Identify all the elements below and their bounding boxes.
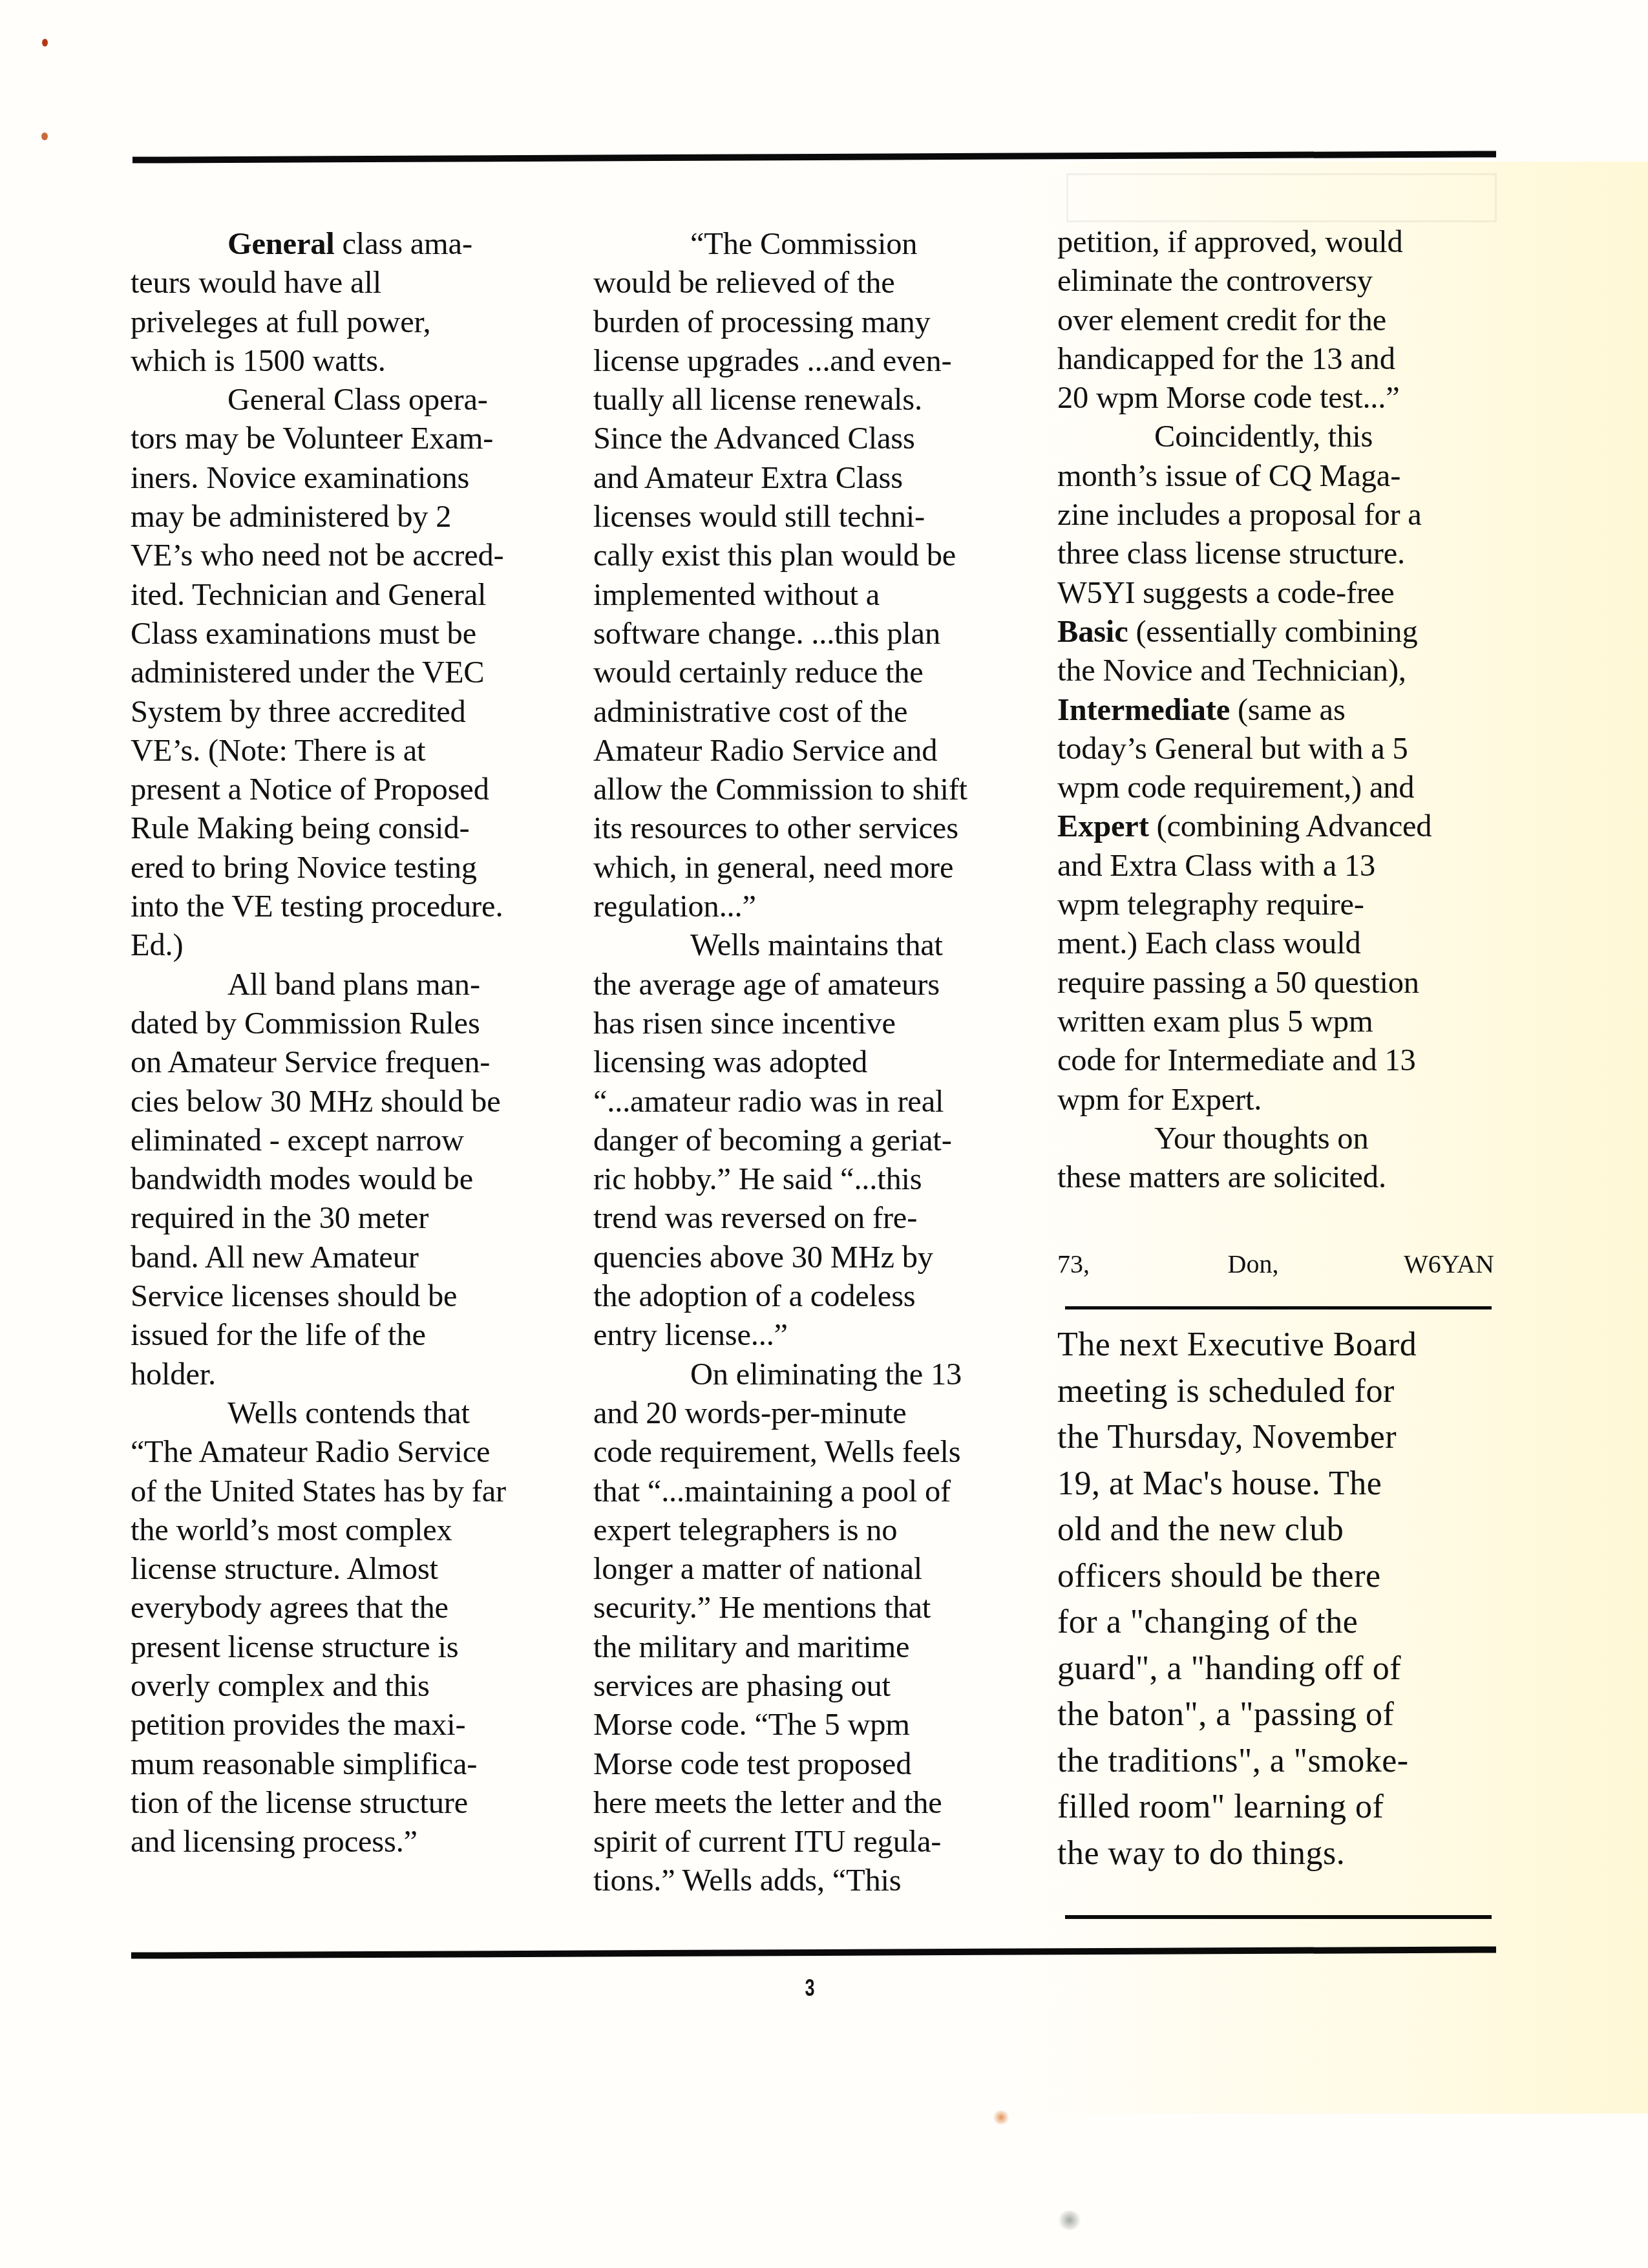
text-run: eliminate the controversy [1057,264,1373,298]
text-run: VE’s who need not be accred- [131,538,504,573]
text-line: “...amateur radio was in real [593,1083,1046,1121]
text-line: eliminate the controversy [1057,262,1503,301]
paragraph: All band plans man-dated by Commission R… [131,966,576,1394]
text-line: the military and maritime [593,1628,1046,1667]
text-run: All band plans man- [227,968,480,1002]
text-run: Wells maintains that [690,928,943,962]
text-line: VE’s who need not be accred- [131,536,576,575]
page-number: 3 [805,1975,815,2002]
text-line: Morse code test proposed [593,1745,1046,1784]
text-line: these matters are solicited. [1057,1158,1503,1197]
text-line: present a Notice of Proposed [131,770,576,809]
text-run: petition, if approved, would [1057,225,1403,259]
paragraph: Wells maintains thatthe average age of a… [593,926,1046,1355]
text-line: burden of processing many [593,303,1046,342]
text-line: zine includes a proposal for a [1057,496,1503,535]
text-line: code requirement, Wells feels [593,1433,1046,1472]
text-line: Morse code. “The 5 wpm [593,1706,1046,1744]
text-line: Coincidently, this [1057,418,1503,456]
signature-closing: 73, [1057,1249,1090,1279]
text-run: On eliminating the 13 [690,1357,962,1392]
text-line: issued for the life of the [131,1316,576,1355]
text-run: the adoption of a codeless [593,1279,916,1313]
text-line: petition provides the maxi- [131,1706,576,1744]
text-run: “The Amateur Radio Service [131,1435,490,1469]
text-line: priveleges at full power, [131,303,576,342]
note-line: filled room" learning of [1057,1784,1510,1830]
text-run: Rule Making being consid- [131,811,469,845]
text-line: would certainly reduce the [593,653,1046,692]
text-run: would be relieved of the [593,266,895,300]
text-run: Since the Advanced Class [593,421,915,456]
text-line: quencies above 30 MHz by [593,1238,1046,1277]
text-line: which, in general, need more [593,849,1046,887]
text-line: tions.” Wells adds, “This [593,1861,1046,1900]
text-run: and 20 words-per-minute [593,1396,907,1430]
text-line: and 20 words-per-minute [593,1394,1046,1433]
text-line: “The Commission [593,225,1046,264]
note-line: the baton", a "passing of [1057,1691,1510,1738]
text-line: regulation...” [593,887,1046,926]
bold-term: Intermediate [1057,693,1230,727]
text-line: Basic (essentially combining [1057,613,1503,652]
text-run: burden of processing many [593,305,931,339]
text-line: that “...maintaining a pool of [593,1472,1046,1511]
text-run: entry license...” [593,1318,788,1352]
text-line: Your thoughts on [1057,1119,1503,1158]
text-run: wpm for Expert. [1057,1083,1262,1117]
text-line: Rule Making being consid- [131,809,576,848]
text-line: cally exist this plan would be [593,536,1046,575]
text-run: (combining Advanced [1149,809,1432,843]
text-run: administrative cost of the [593,695,907,729]
text-line: All band plans man- [131,966,576,1004]
text-line: implemented without a [593,576,1046,615]
paragraph: Coincidently, thismonth’s issue of CQ Ma… [1057,418,1503,1119]
text-run: ment.) Each class would [1057,926,1360,960]
text-run: zine includes a proposal for a [1057,498,1422,532]
text-run: that “...maintaining a pool of [593,1474,951,1509]
text-run: license upgrades ...and even- [593,344,951,378]
text-line: Since the Advanced Class [593,419,1046,458]
text-line: tion of the license structure [131,1784,576,1823]
text-run: tually all license renewals. [593,383,922,417]
note-line: guard", a "handing off of [1057,1646,1510,1692]
text-run: “...amateur radio was in real [593,1085,944,1119]
text-line: handicapped for the 13 and [1057,340,1503,379]
text-line: band. All new Amateur [131,1238,576,1277]
text-run: Your thoughts on [1154,1121,1368,1156]
text-run: and Extra Class with a 13 [1057,849,1375,883]
text-run: tors may be Volunteer Exam- [131,421,493,456]
signature-callsign: W6YAN [1404,1249,1494,1279]
note-line: the way to do things. [1057,1830,1510,1877]
text-line: the world’s most complex [131,1511,576,1550]
text-run: here meets the letter and the [593,1786,942,1820]
paragraph: General Class opera-tors may be Voluntee… [131,381,576,965]
signature-divider [1065,1306,1492,1309]
text-run: trend was reversed on fre- [593,1201,917,1235]
text-line: and Extra Class with a 13 [1057,847,1503,885]
text-run: mum reasonable simplifica- [131,1747,477,1781]
text-run: three class license structure. [1057,536,1405,571]
text-run: overly complex and this [131,1669,430,1703]
text-line: overly complex and this [131,1667,576,1706]
text-run: “The Commission [690,227,917,261]
text-line: VE’s. (Note: There is at [131,732,576,770]
text-line: administered under the VEC [131,653,576,692]
text-run: the military and maritime [593,1630,909,1664]
text-run: has risen since incentive [593,1006,896,1041]
text-line: into the VE testing procedure. [131,887,576,926]
text-line: which is 1500 watts. [131,342,576,381]
text-run: ric hobby.” He said “...this [593,1162,922,1196]
text-run: the world’s most complex [131,1513,452,1547]
text-run: security.” He mentions that [593,1591,931,1625]
text-run: everybody agrees that the [131,1591,449,1625]
text-line: ered to bring Novice testing [131,849,576,887]
text-run: Morse code. “The 5 wpm [593,1708,910,1742]
text-run: present a Notice of Proposed [131,772,489,807]
text-run: services are phasing out [593,1669,891,1703]
text-line: over element credit for the [1057,301,1503,340]
text-line: license upgrades ...and even- [593,342,1046,381]
text-line: holder. [131,1355,576,1394]
text-line: Ed.) [131,926,576,965]
text-run: licensing was adopted [593,1045,867,1079]
text-line: and Amateur Extra Class [593,459,1046,498]
text-run: handicapped for the 13 and [1057,342,1395,376]
text-line: month’s issue of CQ Maga- [1057,457,1503,496]
text-line: wpm telegraphy require- [1057,885,1503,924]
text-run: band. All new Amateur [131,1240,419,1275]
text-run: require passing a 50 question [1057,966,1419,1000]
text-run: implemented without a [593,578,880,612]
text-line: services are phasing out [593,1667,1046,1706]
text-run: Wells contends that [227,1396,470,1430]
text-line: General class ama- [131,225,576,264]
text-run: General Class opera- [227,383,488,417]
note-line: officers should be there [1057,1553,1510,1600]
text-run: tions.” Wells adds, “This [593,1863,902,1898]
bold-term: Expert [1057,809,1149,843]
note-divider [1065,1915,1492,1919]
text-run: software change. ...this plan [593,617,940,651]
text-line: danger of becoming a geriat- [593,1121,1046,1160]
text-run: which, in general, need more [593,851,953,885]
text-line: ment.) Each class would [1057,924,1503,963]
text-line: tors may be Volunteer Exam- [131,419,576,458]
text-run: code for Intermediate and 13 [1057,1043,1416,1077]
text-run: required in the 30 meter [131,1201,428,1235]
text-line: three class license structure. [1057,535,1503,573]
text-run: cally exist this plan would be [593,538,956,573]
text-run: bandwidth modes would be [131,1162,473,1196]
text-line: W5YI suggests a code-free [1057,574,1503,613]
text-line: expert telegraphers is no [593,1511,1046,1550]
text-line: dated by Commission Rules [131,1004,576,1043]
text-run: 20 wpm Morse code test...” [1057,381,1400,415]
text-run: W5YI suggests a code-free [1057,576,1395,610]
text-run: class ama- [335,227,472,261]
text-line: license structure. Almost [131,1550,576,1589]
text-run: Amateur Radio Service and [593,734,937,768]
text-line: entry license...” [593,1316,1046,1355]
text-run: would certainly reduce the [593,655,924,690]
text-line: ric hobby.” He said “...this [593,1160,1046,1199]
bold-term: Basic [1057,615,1128,649]
text-line: security.” He mentions that [593,1589,1046,1627]
text-line: licenses would still techni- [593,498,1046,536]
text-run: present license structure is [131,1630,459,1664]
text-run: System by three accredited [131,695,466,729]
text-line: licensing was adopted [593,1043,1046,1082]
text-run: eliminated - except narrow [131,1123,464,1158]
text-run: expert telegraphers is no [593,1513,897,1547]
text-line: code for Intermediate and 13 [1057,1041,1503,1080]
text-run: cies below 30 MHz should be [131,1085,500,1119]
text-line: longer a matter of national [593,1550,1046,1589]
text-run: Service licenses should be [131,1279,457,1313]
text-run: licenses would still techni- [593,500,925,534]
text-run: allow the Commission to shift [593,772,967,807]
text-line: here meets the letter and the [593,1784,1046,1823]
text-run: Morse code test proposed [593,1747,911,1781]
text-run: teurs would have all [131,266,381,300]
article-column-3: petition, if approved, wouldeliminate th… [1057,223,1503,1197]
text-line: System by three accredited [131,693,576,732]
text-run: on Amateur Service frequen- [131,1045,490,1079]
text-line: Expert (combining Advanced [1057,807,1503,846]
text-line: Class examinations must be [131,615,576,653]
text-line: teurs would have all [131,264,576,302]
text-run: written exam plus 5 wpm [1057,1004,1373,1039]
text-run: Ed.) [131,928,183,962]
text-run: (essentially combining [1128,615,1417,649]
signature-name: Don, [1228,1249,1279,1279]
executive-board-note: The next Executive Board meeting is sche… [1057,1322,1510,1876]
text-run: may be administered by 2 [131,500,451,534]
text-line: everybody agrees that the [131,1589,576,1627]
bold-term: General [227,227,335,261]
note-line: the Thursday, November [1057,1414,1510,1461]
text-line: on Amateur Service frequen- [131,1043,576,1082]
note-line: old and the new club [1057,1507,1510,1553]
paragraph: On eliminating the 13and 20 words-per-mi… [593,1355,1046,1901]
text-line: Wells contends that [131,1394,576,1433]
text-line: mum reasonable simplifica- [131,1745,576,1784]
text-run: administered under the VEC [131,655,484,690]
note-line: the traditions", a "smoke- [1057,1738,1510,1785]
text-run: the Novice and Technician), [1057,653,1406,688]
text-line: eliminated - except narrow [131,1121,576,1160]
note-line: for a "changing of the [1057,1599,1510,1646]
text-line: bandwidth modes would be [131,1160,576,1199]
text-line: administrative cost of the [593,693,1046,732]
paper-stain [992,2110,1010,2125]
text-line: trend was reversed on fre- [593,1199,1046,1238]
text-run: quencies above 30 MHz by [593,1240,933,1275]
text-line: would be relieved of the [593,264,1046,302]
text-line: its resources to other services [593,809,1046,848]
text-line: the average age of amateurs [593,966,1046,1004]
text-run: Class examinations must be [131,617,476,651]
text-run: issued for the life of the [131,1318,426,1352]
paper-stain [41,132,48,140]
text-run: VE’s. (Note: There is at [131,734,425,768]
text-line: tually all license renewals. [593,381,1046,419]
text-line: petition, if approved, would [1057,223,1503,262]
signature-line: 73, Don, W6YAN [1057,1249,1494,1279]
text-line: software change. ...this plan [593,615,1046,653]
text-run: tion of the license structure [131,1786,468,1820]
text-run: these matters are solicited. [1057,1160,1386,1194]
paragraph: Your thoughts onthese matters are solici… [1057,1119,1503,1198]
text-line: General Class opera- [131,381,576,419]
text-run: ited. Technician and General [131,578,486,612]
paragraph: petition, if approved, wouldeliminate th… [1057,223,1503,418]
text-run: iners. Novice examinations [131,461,469,495]
paragraph: Wells contends that“The Amateur Radio Se… [131,1394,576,1862]
text-line: wpm for Expert. [1057,1081,1503,1119]
text-line: Amateur Radio Service and [593,732,1046,770]
note-line: meeting is scheduled for [1057,1368,1510,1415]
text-line: may be administered by 2 [131,498,576,536]
text-line: wpm code requirement,) and [1057,768,1503,807]
article-column-2: “The Commissionwould be relieved of theb… [593,225,1046,1901]
text-line: ited. Technician and General [131,576,576,615]
text-run: of the United States has by far [131,1474,506,1509]
text-run: holder. [131,1357,216,1392]
text-run: priveleges at full power, [131,305,430,339]
text-run: over element credit for the [1057,303,1386,337]
text-run: license structure. Almost [131,1552,438,1586]
text-run: today’s General but with a 5 [1057,732,1408,766]
text-line: allow the Commission to shift [593,770,1046,809]
text-line: Wells maintains that [593,926,1046,965]
text-run: code requirement, Wells feels [593,1435,960,1469]
text-line: “The Amateur Radio Service [131,1433,576,1472]
text-line: Service licenses should be [131,1277,576,1316]
text-line: the adoption of a codeless [593,1277,1046,1316]
text-run: and Amateur Extra Class [593,461,903,495]
text-line: required in the 30 meter [131,1199,576,1238]
text-run: the average age of amateurs [593,968,940,1002]
text-run: ered to bring Novice testing [131,851,477,885]
text-line: written exam plus 5 wpm [1057,1002,1503,1041]
text-line: of the United States has by far [131,1472,576,1511]
paper-smudge [1057,2210,1083,2230]
text-line: the Novice and Technician), [1057,652,1503,690]
text-run: Coincidently, this [1154,419,1373,454]
text-line: spirit of current ITU regula- [593,1823,1046,1861]
text-run: spirit of current ITU regula- [593,1825,941,1859]
text-run: which is 1500 watts. [131,344,386,378]
text-run: longer a matter of national [593,1552,922,1586]
text-line: has risen since incentive [593,1004,1046,1043]
text-line: present license structure is [131,1628,576,1667]
text-run: regulation...” [593,889,756,924]
text-run: month’s issue of CQ Maga- [1057,459,1400,493]
text-line: On eliminating the 13 [593,1355,1046,1394]
text-line: 20 wpm Morse code test...” [1057,379,1503,418]
text-run: dated by Commission Rules [131,1006,480,1041]
text-run: petition provides the maxi- [131,1708,466,1742]
text-run: danger of becoming a geriat- [593,1123,952,1158]
text-run: wpm code requirement,) and [1057,770,1414,805]
text-line: Intermediate (same as [1057,691,1503,730]
text-line: iners. Novice examinations [131,459,576,498]
note-line: The next Executive Board [1057,1322,1510,1368]
article-column-1: General class ama-teurs would have allpr… [131,225,576,1861]
text-run: into the VE testing procedure. [131,889,503,924]
text-run: wpm telegraphy require- [1057,887,1364,922]
paragraph: “The Commissionwould be relieved of theb… [593,225,1046,926]
text-line: today’s General but with a 5 [1057,730,1503,768]
text-line: and licensing process.” [131,1823,576,1861]
text-run: and licensing process.” [131,1825,417,1859]
text-line: cies below 30 MHz should be [131,1083,576,1121]
text-run: (same as [1230,693,1346,727]
paper-stain [42,39,48,47]
text-line: require passing a 50 question [1057,964,1503,1002]
text-run: its resources to other services [593,811,958,845]
paragraph: General class ama-teurs would have allpr… [131,225,576,381]
note-line: 19, at Mac's house. The [1057,1461,1510,1507]
